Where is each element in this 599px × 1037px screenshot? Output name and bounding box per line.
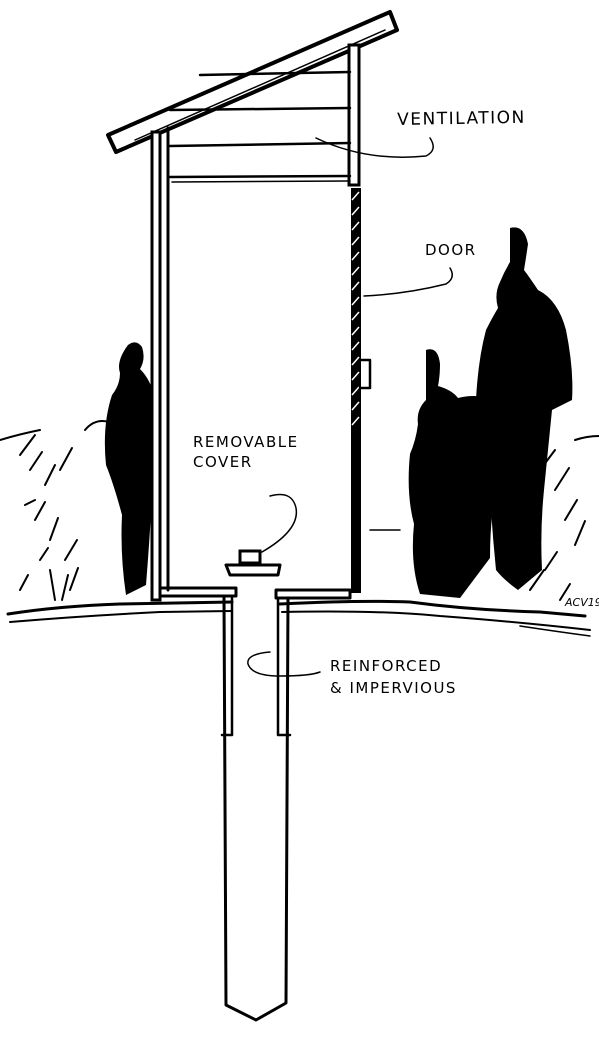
background-figures [0,227,599,600]
reinforced-label-line2: & IMPERVIOUS [330,677,457,699]
cover-leader [262,495,296,553]
removable-cover [226,551,280,575]
door-label: DOOR [425,240,477,260]
left-person-silhouette [105,342,158,595]
artist-signature: ACV19 [565,593,599,613]
left-foliage [0,421,109,600]
reinforced-label-line1: REINFORCED [330,655,457,677]
ground-line [8,601,590,636]
ventilation-leader [316,138,433,157]
ventilation-label: VENTILATION [397,108,526,130]
reinforced-label: REINFORCED & IMPERVIOUS [330,655,457,699]
removable-cover-label-line1: REMOVABLE [193,432,299,452]
latrine-sketch [0,0,599,1037]
removable-cover-label: REMOVABLE COVER [193,432,299,472]
pit [222,598,320,1020]
reinforced-leader [248,652,320,676]
floor-slab [160,495,350,599]
door-leader [364,268,452,296]
removable-cover-label-line2: COVER [193,452,299,472]
